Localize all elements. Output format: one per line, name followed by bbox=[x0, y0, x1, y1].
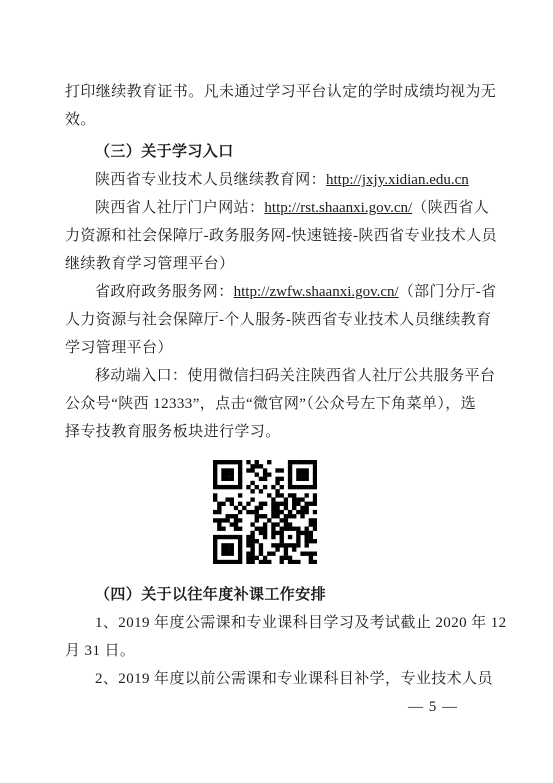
entry-tail: （部门分厅-省 bbox=[399, 284, 497, 300]
document-page: 打印继续教育证书。凡未通过学习平台认定的学时成绩均视为无 效。 （三）关于学习入… bbox=[0, 0, 553, 783]
paragraph-line: 月 31 日。 bbox=[65, 637, 487, 665]
paragraph-line: 效。 bbox=[65, 106, 487, 134]
entry-line: 陕西省专业技术人员继续教育网：http://jxjy.xidian.edu.cn bbox=[65, 166, 487, 194]
entry-label: 省政府政务服务网： bbox=[95, 284, 234, 300]
wechat-qr-code-icon bbox=[213, 460, 317, 564]
paragraph-line: 人力资源与社会保障厅-个人服务-陕西省专业技术人员继续教育 bbox=[65, 306, 487, 334]
paragraph-line: 公众号“陕西 12333”，点击“微官网”（公众号左下角菜单），选 bbox=[65, 390, 487, 418]
paragraph-line: 打印继续教育证书。凡未通过学习平台认定的学时成绩均视为无 bbox=[65, 78, 487, 106]
link-zwfw-shaanxi[interactable]: http://zwfw.shaanxi.gov.cn/ bbox=[234, 284, 399, 300]
section-heading-4: （四）关于以往年度补课工作安排 bbox=[65, 581, 487, 609]
entry-label: 陕西省专业技术人员继续教育网： bbox=[95, 172, 326, 188]
paragraph-line: 学习管理平台） bbox=[65, 334, 487, 362]
paragraph-line: 择专技教育服务板块进行学习。 bbox=[65, 418, 487, 446]
link-rst-shaanxi[interactable]: http://rst.shaanxi.gov.cn/ bbox=[264, 200, 412, 216]
paragraph-line: 1、2019 年度公需课和专业课科目学习及考试截止 2020 年 12 bbox=[65, 609, 487, 637]
link-jxjy-xidian[interactable]: http://jxjy.xidian.edu.cn bbox=[326, 172, 469, 188]
section-heading-3: （三）关于学习入口 bbox=[65, 138, 487, 166]
paragraph-line: 移动端入口：使用微信扫码关注陕西省人社厅公共服务平台 bbox=[65, 362, 487, 390]
paragraph-line: 力资源和社会保障厅-政务服务网-快速链接-陕西省专业技术人员 bbox=[65, 222, 487, 250]
entry-label: 陕西省人社厅门户网站： bbox=[95, 200, 264, 216]
page-number: — 5 — bbox=[65, 693, 487, 721]
entry-line: 陕西省人社厅门户网站：http://rst.shaanxi.gov.cn/（陕西… bbox=[65, 194, 487, 222]
paragraph-line: 2、2019 年度以前公需课和专业课科目补学，专业技术人员 bbox=[65, 665, 487, 693]
entry-line: 省政府政务服务网：http://zwfw.shaanxi.gov.cn/（部门分… bbox=[65, 278, 487, 306]
paragraph-line: 继续教育学习管理平台） bbox=[65, 250, 487, 278]
entry-tail: （陕西省人 bbox=[412, 200, 489, 216]
